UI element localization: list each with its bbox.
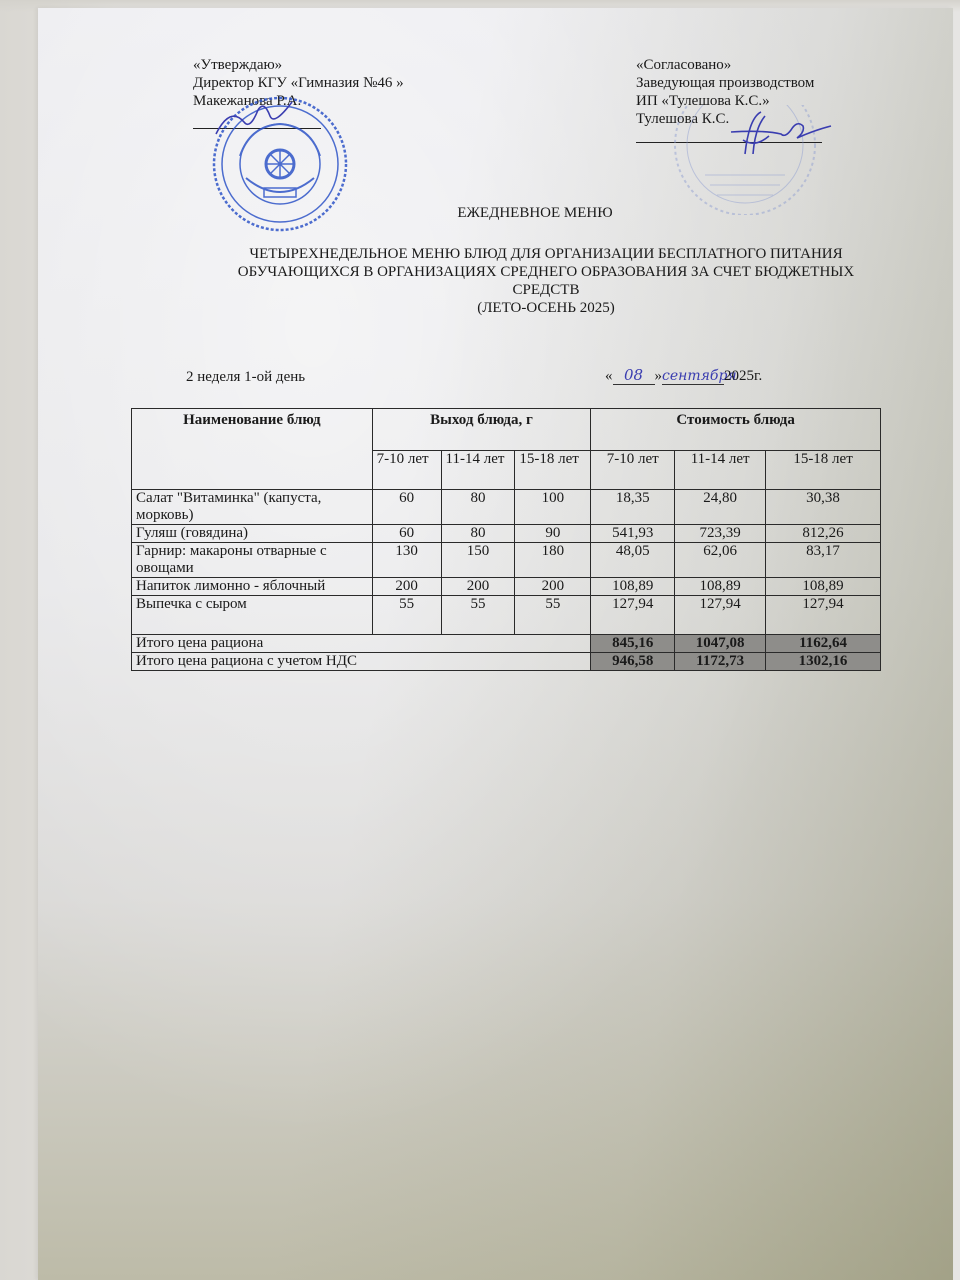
total-vat-value: 946,58 xyxy=(591,653,675,671)
dish-yield: 55 xyxy=(441,596,515,635)
dish-yield: 200 xyxy=(441,578,515,596)
header-yield: Выход блюда, г xyxy=(372,409,591,451)
table-row: Гарнир: макароны отварные с овощами 130 … xyxy=(132,543,881,578)
approval-label: «Утверждаю» xyxy=(193,56,404,74)
table-row: Салат "Витаминка" (капуста, морковь) 60 … xyxy=(132,490,881,525)
dish-name: Выпечка с сыром xyxy=(132,596,373,635)
agreement-label: «Согласовано» xyxy=(636,56,822,74)
dish-yield: 60 xyxy=(372,490,441,525)
document-date: «08»сентября2025г. xyxy=(605,366,762,385)
header-yield-age: 11-14 лет xyxy=(441,451,515,490)
subtitle-line: (ЛЕТО-ОСЕНЬ 2025) xyxy=(196,299,896,317)
header-yield-age: 15-18 лет xyxy=(515,451,591,490)
dish-yield: 55 xyxy=(515,596,591,635)
dish-cost: 83,17 xyxy=(766,543,881,578)
dish-name: Гарнир: макароны отварные с овощами xyxy=(132,543,373,578)
dish-cost: 62,06 xyxy=(675,543,766,578)
dish-cost: 127,94 xyxy=(766,596,881,635)
dish-cost: 723,39 xyxy=(675,525,766,543)
dish-yield: 180 xyxy=(515,543,591,578)
dish-yield: 80 xyxy=(441,525,515,543)
document-subtitle: ЧЕТЫРЕХНЕДЕЛЬНОЕ МЕНЮ БЛЮД ДЛЯ ОРГАНИЗАЦ… xyxy=(196,245,896,317)
dish-cost: 48,05 xyxy=(591,543,675,578)
dish-cost: 127,94 xyxy=(591,596,675,635)
dish-cost: 127,94 xyxy=(675,596,766,635)
header-dish-name: Наименование блюд xyxy=(132,409,373,490)
total-label: Итого цена рациона xyxy=(132,635,591,653)
date-month-handwritten: сентября xyxy=(662,368,724,385)
header-cost: Стоимость блюда xyxy=(591,409,881,451)
total-value: 1162,64 xyxy=(766,635,881,653)
table-row: Напиток лимонно - яблочный 200 200 200 1… xyxy=(132,578,881,596)
dish-yield: 90 xyxy=(515,525,591,543)
table-row: Выпечка с сыром 55 55 55 127,94 127,94 1… xyxy=(132,596,881,635)
dish-cost: 24,80 xyxy=(675,490,766,525)
week-day-label: 2 неделя 1-ой день xyxy=(186,369,305,386)
header-cost-age: 7-10 лет xyxy=(591,451,675,490)
total-row: Итого цена рациона 845,16 1047,08 1162,6… xyxy=(132,635,881,653)
dish-name: Салат "Витаминка" (капуста, морковь) xyxy=(132,490,373,525)
dish-name: Напиток лимонно - яблочный xyxy=(132,578,373,596)
header-cost-age: 15-18 лет xyxy=(766,451,881,490)
dish-yield: 200 xyxy=(515,578,591,596)
subtitle-line: ОБУЧАЮЩИХСЯ В ОРГАНИЗАЦИЯХ СРЕДНЕГО ОБРА… xyxy=(196,263,896,281)
total-vat-value: 1172,73 xyxy=(675,653,766,671)
dish-cost: 812,26 xyxy=(766,525,881,543)
dish-cost: 541,93 xyxy=(591,525,675,543)
total-vat-row: Итого цена рациона с учетом НДС 946,58 1… xyxy=(132,653,881,671)
header-yield-age: 7-10 лет xyxy=(372,451,441,490)
table-header-row: Наименование блюд Выход блюда, г Стоимос… xyxy=(132,409,881,451)
dish-yield: 150 xyxy=(441,543,515,578)
manager-signature-icon xyxy=(725,108,835,158)
date-open-quote: « xyxy=(605,368,613,384)
total-value: 1047,08 xyxy=(675,635,766,653)
director-signature-icon xyxy=(210,96,300,142)
agreement-position: Заведующая производством xyxy=(636,74,822,92)
date-day-handwritten: 08 xyxy=(613,366,655,385)
dish-cost: 108,89 xyxy=(766,578,881,596)
document-title: ЕЖЕДНЕВНОЕ МЕНЮ xyxy=(0,205,960,222)
date-year: 2025г. xyxy=(724,368,762,384)
dish-cost: 30,38 xyxy=(766,490,881,525)
menu-table: Наименование блюд Выход блюда, г Стоимос… xyxy=(131,408,881,671)
dish-yield: 60 xyxy=(372,525,441,543)
dish-yield: 100 xyxy=(515,490,591,525)
total-value: 845,16 xyxy=(591,635,675,653)
dish-name: Гуляш (говядина) xyxy=(132,525,373,543)
subtitle-line: ЧЕТЫРЕХНЕДЕЛЬНОЕ МЕНЮ БЛЮД ДЛЯ ОРГАНИЗАЦ… xyxy=(196,245,896,263)
subtitle-line: СРЕДСТВ xyxy=(196,281,896,299)
header-cost-age: 11-14 лет xyxy=(675,451,766,490)
dish-yield: 80 xyxy=(441,490,515,525)
total-vat-value: 1302,16 xyxy=(766,653,881,671)
dish-cost: 108,89 xyxy=(591,578,675,596)
dish-yield: 130 xyxy=(372,543,441,578)
total-vat-label: Итого цена рациона с учетом НДС xyxy=(132,653,591,671)
dish-yield: 200 xyxy=(372,578,441,596)
dish-cost: 108,89 xyxy=(675,578,766,596)
date-close-quote: » xyxy=(655,368,663,384)
dish-yield: 55 xyxy=(372,596,441,635)
dish-cost: 18,35 xyxy=(591,490,675,525)
table-row: Гуляш (говядина) 60 80 90 541,93 723,39 … xyxy=(132,525,881,543)
approval-position: Директор КГУ «Гимназия №46 » xyxy=(193,74,404,92)
